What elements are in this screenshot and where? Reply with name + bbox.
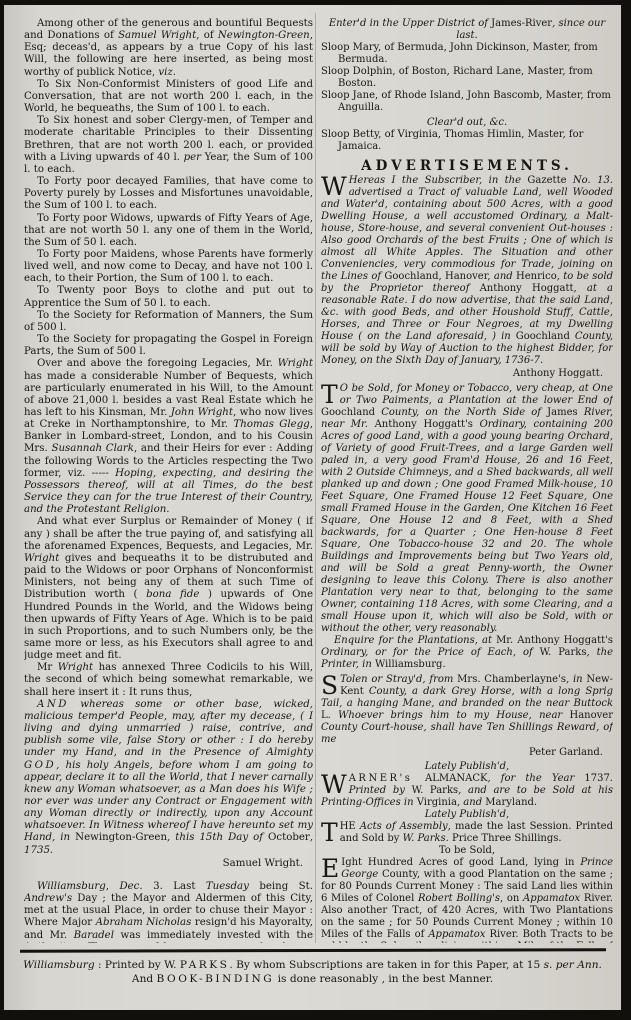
text-run: Gazette [527, 175, 566, 186]
column-divider-rule [315, 13, 316, 943]
drop-cap: W [321, 773, 349, 795]
text-run: Hereas I the Subscriber, in the [349, 175, 528, 186]
ad-enquire-note: Enquire for the Plantations, at Mr. Anth… [321, 635, 613, 671]
text-run: Ordinary, containing 200 Acres of good L… [321, 419, 613, 634]
shipping-cleared-heading: Clear'd out, &c. [321, 117, 613, 129]
text-run: Sloop Dolphin, of Boston, Richard Lane, … [321, 66, 593, 89]
text-run: No. 13. advertised a Tract of valuable L… [321, 175, 613, 282]
text-run: , [106, 881, 120, 892]
text-run: Dec. [119, 881, 142, 892]
text-run: ADVERTISEMENTS. [361, 158, 573, 174]
text-run: Andrew's [24, 893, 72, 904]
text-run: To Forty poor Widows, upwards of Fifty Y… [24, 213, 313, 248]
paragraph: And what ever Surplus or Remainder of Mo… [24, 516, 313, 662]
shipping-entered-heading: Enter'd in the Upper District of James-R… [321, 18, 613, 42]
text-run: Lately Publish'd, [425, 809, 509, 820]
text-run: O be Sold, for Money or Tobacco, very ch… [340, 383, 613, 406]
ad-hoggatt-land: WHereas I the Subscriber, in the Gazette… [321, 175, 613, 367]
text-run: To Twenty poor Boys to clothe and put ou… [24, 285, 313, 308]
text-run: PARKS [180, 959, 229, 971]
signature-peter-garland: Peter Garland. [321, 747, 613, 759]
text-run: Mrs. Chamberlayne's [457, 674, 566, 685]
text-run: Mr [37, 662, 58, 673]
text-run: To Forty poor decayed Families, that hav… [24, 176, 313, 211]
text-run: , and [457, 797, 485, 808]
signature-samuel-wright: Samuel Wright. [24, 858, 313, 870]
to-be-sold-heading: To be Sold, [321, 845, 613, 857]
text-run: Ight Hundred Acres of good Land, lying i… [341, 857, 580, 868]
text-run: James [547, 407, 578, 418]
paragraph: To Forty poor Widows, upwards of Fifty Y… [24, 213, 313, 249]
text-run: Appamatox [523, 893, 580, 904]
text-run: To be Sold, [439, 845, 495, 856]
text-run: 3. Last [143, 881, 206, 892]
text-run: , of [196, 30, 218, 41]
advertisements-heading: ADVERTISEMENTS. [321, 160, 613, 172]
text-run: HE [340, 821, 360, 832]
paragraph: To the Society for Reformation of Manner… [24, 310, 313, 334]
shipping-entry: Sloop Jane, of Rhode Island, John Bascom… [321, 90, 613, 114]
text-run: per [184, 152, 201, 163]
text-run: Wright [58, 662, 93, 673]
text-run: Goochland [516, 331, 570, 342]
text-run: Hanover [570, 710, 614, 721]
text-run: Appamatox [428, 929, 485, 940]
text-run: GOD [24, 760, 56, 771]
text-run: Enquire for the Plantations, at [334, 635, 496, 646]
text-run: John Wright [171, 407, 233, 418]
text-run: To Forty poor Maidens, whose Parents hav… [24, 249, 313, 284]
imprint-line: Williamsburg : Printed by W. PARKS. By w… [4, 959, 621, 973]
text-run: Wright [278, 358, 313, 369]
text-run: : Printed by W. [95, 959, 180, 971]
printer-imprint: Williamsburg : Printed by W. PARKS. By w… [4, 959, 621, 986]
text-run: Samuel Wright. [223, 858, 303, 869]
codicil-paragraph: AND whereas some or other base, wicked, … [24, 699, 313, 857]
drop-cap: T [321, 383, 340, 405]
text-run: Anthony Hoggatt [480, 283, 574, 294]
text-run: Williamsburg [37, 881, 106, 892]
left-column: Among other of the generous and bountifu… [24, 18, 313, 943]
text-run: Baradel [74, 930, 114, 941]
text-run: AND [37, 699, 69, 710]
text-run: Henrico [516, 271, 557, 282]
paragraph: To Twenty poor Boys to clothe and put ou… [24, 285, 313, 309]
text-run: and [491, 271, 516, 282]
text-run: Tuesday [206, 881, 249, 892]
imprint-line: And BOOK-BINDING is done reasonably , in… [4, 973, 621, 987]
drop-cap: E [321, 857, 341, 879]
text-run: bona fide [146, 589, 199, 600]
text-run: Goochland, Hanover, [384, 271, 490, 282]
text-run: Goochland [321, 407, 375, 418]
drop-cap: T [321, 821, 340, 843]
text-run: To Six Non-Conformist Ministers of good … [24, 79, 313, 114]
text-run: viz. [158, 67, 176, 78]
text-run: Thomas Glegg [233, 419, 309, 430]
text-run: James-River [491, 18, 552, 29]
newspaper-page: Among other of the generous and bountifu… [4, 5, 621, 1010]
drop-cap: S [321, 674, 340, 696]
text-run: being St. [249, 881, 313, 892]
drop-cap: W [321, 175, 349, 197]
paragraph: Over and above the foregoing Legacies, M… [24, 358, 313, 516]
text-run: To the Society for propagating the Gospe… [24, 334, 313, 357]
text-run: is done reasonably , in the best Manner. [274, 973, 493, 985]
ad-warners-almanack: WARNER's ALMANACK, for the Year 1737. Pr… [321, 773, 613, 809]
text-run: W. Parks [540, 647, 587, 658]
shipping-entry: Sloop Mary, of Bermuda, John Dickinson, … [321, 42, 613, 66]
right-column: Enter'd in the Upper District of James-R… [321, 18, 613, 943]
text-run: Abraham Nicholas [96, 917, 192, 928]
text-run: L. [321, 710, 331, 721]
text-run: , on [500, 893, 523, 904]
paragraph: To Six honest and sober Clergy-men, of T… [24, 115, 313, 176]
text-run: Tolen or Stray'd, from [340, 674, 457, 685]
text-run: Printed by [349, 785, 412, 796]
text-run: Sloop Betty, of Virginia, Thomas Himlin,… [321, 129, 583, 152]
text-run: 1737. [584, 773, 613, 784]
text-run: Samuel Wright [118, 30, 196, 41]
text-run: Newington-Green [218, 30, 310, 41]
text-run: Maryland. [485, 797, 537, 808]
paragraph: Mr Wright has annexed Three Codicils to … [24, 662, 313, 698]
signature-anthony-hoggatt: Anthony Hoggatt. [321, 368, 613, 380]
text-run: Anthony Hoggatt. [513, 368, 603, 379]
text-run: , for the Year [487, 773, 584, 784]
text-run: And what ever Surplus or Remainder of Mo… [24, 516, 313, 551]
text-run: Over and above the foregoing Legacies, M… [37, 358, 278, 369]
text-run: Robert Bolling's [418, 893, 500, 904]
paragraph: Among other of the generous and bountifu… [24, 18, 313, 79]
text-run: Williamsburg. [375, 659, 446, 670]
williamsburg-news-paragraph: Williamsburg, Dec. 3. Last Tuesday being… [24, 881, 313, 943]
text-run: To the Society for Reformation of Manner… [24, 310, 313, 333]
newspaper-scan: { "theme": { "paper": "#d8d6d0", "ink": … [0, 0, 631, 1020]
text-run: Ordinary, or for the Price of Each, of [321, 647, 540, 658]
paragraph: To Forty poor decayed Families, that hav… [24, 176, 313, 212]
text-run: Acts of Assembly [360, 821, 448, 832]
lately-published-heading: Lately Publish'd, [321, 761, 613, 773]
text-run: Sloop Mary, of Bermuda, John Dickinson, … [321, 42, 598, 65]
ad-prince-george-land: EIght Hundred Acres of good Land, lying … [321, 857, 613, 943]
text-run: . Price Three Shillings. [446, 833, 562, 844]
text-run: Mr. Anthony Hoggatt's [496, 635, 613, 646]
text-run: Virginia [417, 797, 457, 808]
text-run: Peter Garland. [529, 747, 603, 758]
text-run: And [132, 973, 157, 985]
shipping-entry: Sloop Dolphin, of Boston, Richard Lane, … [321, 66, 613, 90]
text-run: Wright [24, 553, 59, 564]
paragraph: To the Society for propagating the Gospe… [24, 334, 313, 358]
text-run: BOOK-BINDING [157, 973, 275, 985]
shipping-entry: Sloop Betty, of Virginia, Thomas Himlin,… [321, 129, 613, 153]
text-run: . By whom Subscriptions are taken in for… [229, 959, 543, 971]
text-run: W. Parks [403, 833, 446, 844]
text-run: ALMANACK [425, 773, 487, 784]
text-run: Newington-Green [75, 832, 167, 843]
text-run: Susannah Clark [51, 443, 133, 454]
text-run: W. Parks [412, 785, 459, 796]
text-run: , his holy Angels, before whom I am goin… [24, 760, 313, 844]
footer-rule [20, 948, 606, 953]
text-run: Clear'd out, &c. [427, 117, 507, 128]
text-run: , this 15th Day of [167, 832, 268, 843]
ad-acts-of-assembly: THE Acts of Assembly, made the last Sess… [321, 821, 613, 845]
text-run: County, a dark Grey Horse, with a long S… [321, 686, 613, 709]
text-run: s. per Ann. [544, 959, 602, 971]
text-run: Anthony Hoggatt's [375, 419, 473, 430]
text-run: County, on the North Side of [375, 407, 547, 418]
paragraph: To Six Non-Conformist Ministers of good … [24, 79, 313, 115]
text-run: Sloop Jane, of Rhode Island, John Bascom… [321, 90, 611, 113]
lately-published-heading: Lately Publish'd, [321, 809, 613, 821]
paragraph: To Forty poor Maidens, whose Parents hav… [24, 249, 313, 285]
text-run: ARNER's [349, 773, 425, 784]
text-run: Enter'd in the Upper District of [329, 18, 491, 29]
text-run: Lately Publish'd, [425, 761, 509, 772]
text-run: County Court-house, shall have Ten Shill… [321, 722, 613, 745]
text-run: Whoever brings him to my House, near [331, 710, 570, 721]
text-run: October [268, 832, 310, 843]
ad-stolen-horse: STolen or Stray'd, from Mrs. Chamberlayn… [321, 674, 613, 746]
ad-goochland-plantation: TO be Sold, for Money or Tobacco, very c… [321, 383, 613, 635]
text-run: , in [566, 674, 586, 685]
text-run: Williamsburg [23, 959, 95, 971]
